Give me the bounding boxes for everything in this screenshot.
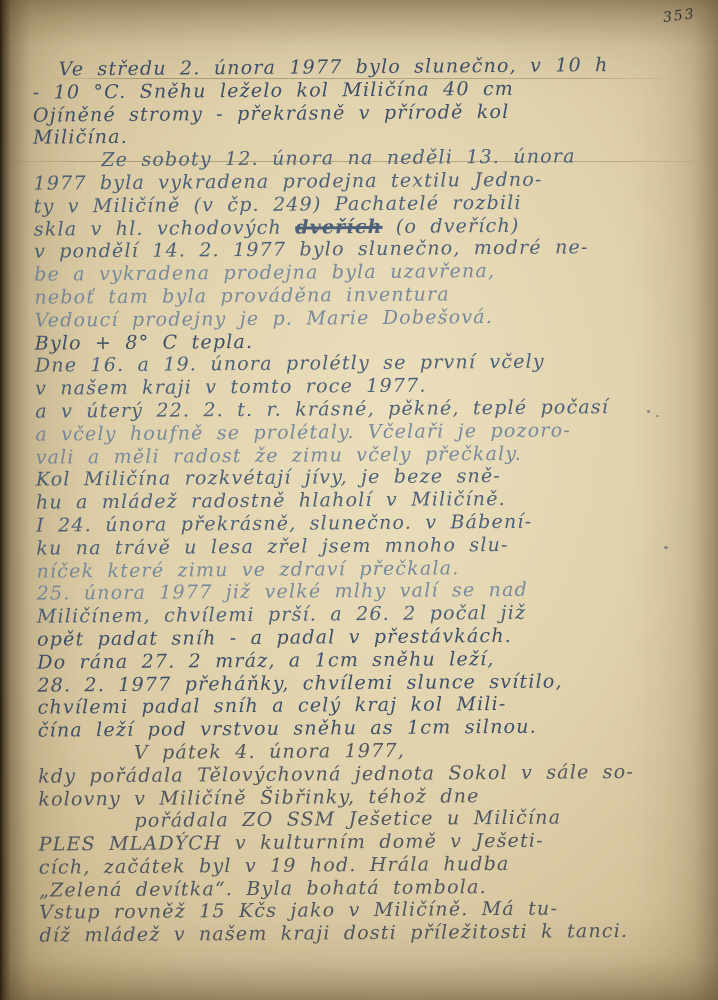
corrected-word: dveřích bbox=[295, 215, 383, 238]
ink-speck bbox=[664, 546, 668, 549]
text-line: díž mládež v našem kraji dosti příležito… bbox=[39, 920, 707, 948]
ink-speck bbox=[647, 410, 650, 413]
handwritten-text: Ve středu 2. února 1977 bylo slunečno, v… bbox=[33, 53, 708, 947]
page-number: 353 bbox=[662, 6, 696, 26]
chronicle-page: 353 Ve středu 2. února 1977 bylo slunečn… bbox=[0, 0, 718, 1000]
ink-speck bbox=[656, 415, 659, 417]
